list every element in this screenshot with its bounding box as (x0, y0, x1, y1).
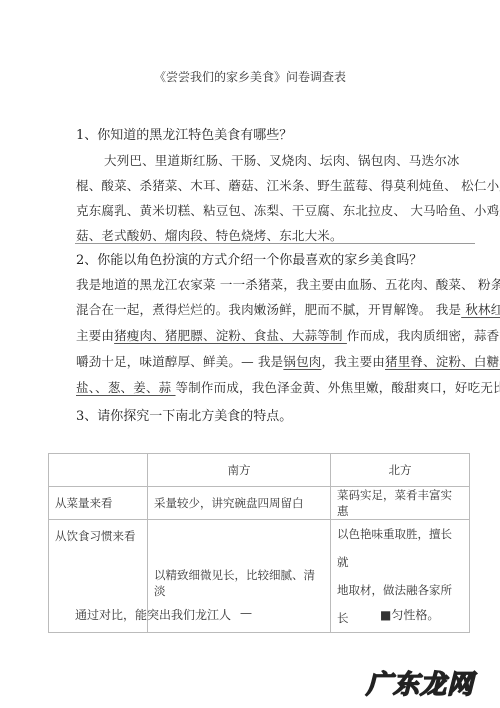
q2-line3-text-b: 作而成，我肉质细密，蒜香浓郁、 (347, 328, 500, 343)
footer-dash: — (240, 606, 252, 620)
table-row: 从菜量来看 采量较少，讲究碗盘四周留白 菜码实足，菜肴丰富实惠 (49, 487, 470, 520)
q2-line4-underlined-1: 锅包肉 (283, 354, 321, 369)
question-2: 2、你能以角色扮演的方式介绍一个你最喜欢的家乡美食吗？ (76, 249, 422, 268)
q2-answer-line-4: 嚼劲十足，味道醇厚、鲜美。— 我是锅包肉，我主要由猪里脊、淀粉、白糖、醋、 (76, 352, 500, 370)
north-habits-line-1: 以色艳味重取胜，擅长就 (337, 520, 463, 576)
q2-line4-underlined-2: 猪里脊、淀粉、白糖、醋、 (385, 354, 500, 369)
document-title: 《尝尝我们的家乡美食》问卷调查表 (0, 68, 500, 85)
q2-line4-text-a: 嚼劲十足，味道醇厚、鲜美。— 我是 (76, 354, 283, 369)
q2-answer-line-2: 混合在一起，煮得烂烂的。我肉嫩汤鲜，肥而不腻，开胃解馋。 我是 秋林红肠 ，我 (76, 300, 500, 318)
q2-line4-text-b: ，我主要由 (321, 354, 385, 369)
table-header-north: 北方 (331, 454, 470, 487)
q2-answer-line-1: 我是地道的黑龙江农家菜 一一杀猪菜，我主要由血肠、五花肉、酸菜、 粉条等 (76, 275, 500, 293)
north-habits-line-2: 地取材，做法融各家所长 (337, 576, 463, 632)
q2-line3-underlined: 猪瘦肉、猪肥膘、淀粉、食盐、大蒜等制 (114, 328, 347, 343)
table-header-empty (49, 454, 148, 487)
q1-answer-line-1: 大列巴、里道斯红肠、干肠、叉烧肉、坛肉、锅包肉、马迭尔冰 (104, 151, 460, 169)
q1-answer-line-3: 克东腐乳、黄米切糕、粘豆包、冻梨、干豆腐、东北拉皮、 大马哈鱼、小鸡炖蘑 (76, 201, 500, 219)
q2-answer-line-5: 盐、、葱、姜、蒜 等制作而成，我色泽金黄、外焦里嫩，酸甜爽口，好吃无比。 (76, 378, 500, 396)
q2-line5-text-b: 等制作而成，我色泽金黄、外焦里嫩，酸甜爽口，好吃无比。 (176, 380, 500, 395)
q1-answer-line-2: 棍、酸菜、杀猪菜、木耳、蘑菇、江米条、野生蓝莓、得莫利炖鱼、 松仁小肚、 (76, 176, 500, 194)
row-label-portion: 从菜量来看 (49, 487, 148, 520)
cell-south-portion: 采量较少，讲究碗盘四周留白 (148, 487, 331, 520)
q2-line3-text-a: 主要由 (76, 328, 114, 343)
cell-north-portion: 菜码实足，菜肴丰富实惠 (331, 487, 470, 520)
footer-text-a: 通过对比，能突出我们龙江人 (75, 606, 231, 623)
watermark-logo: 广东龙网 (366, 664, 474, 701)
q2-line2-text-a: 混合在一起，煮得烂烂的。我肉嫩汤鲜，肥而不腻，开胃解馋。 我是 (76, 302, 461, 317)
section-divider (75, 243, 475, 244)
table-header-row: 南方 北方 (49, 454, 470, 487)
q1-answer-line-4: 菇、老式酸奶、熘肉段、特色烧烤、东北大米。 (76, 226, 343, 244)
q2-answer-line-3: 主要由猪瘦肉、猪肥膘、淀粉、食盐、大蒜等制 作而成，我肉质细密，蒜香浓郁、 (76, 326, 500, 344)
q2-line5-underlined: 盐、、葱、姜、蒜 (76, 380, 176, 395)
question-3: 3、请你探究一下南北方美食的特点。 (76, 405, 292, 424)
footer-text-b: ■匀性格。 (380, 606, 439, 623)
question-1: 1、你知道的黑龙江特色美食有哪些？ (76, 124, 292, 143)
table-header-south: 南方 (148, 454, 331, 487)
q2-line2-underlined: 秋林红肠 (461, 302, 500, 317)
